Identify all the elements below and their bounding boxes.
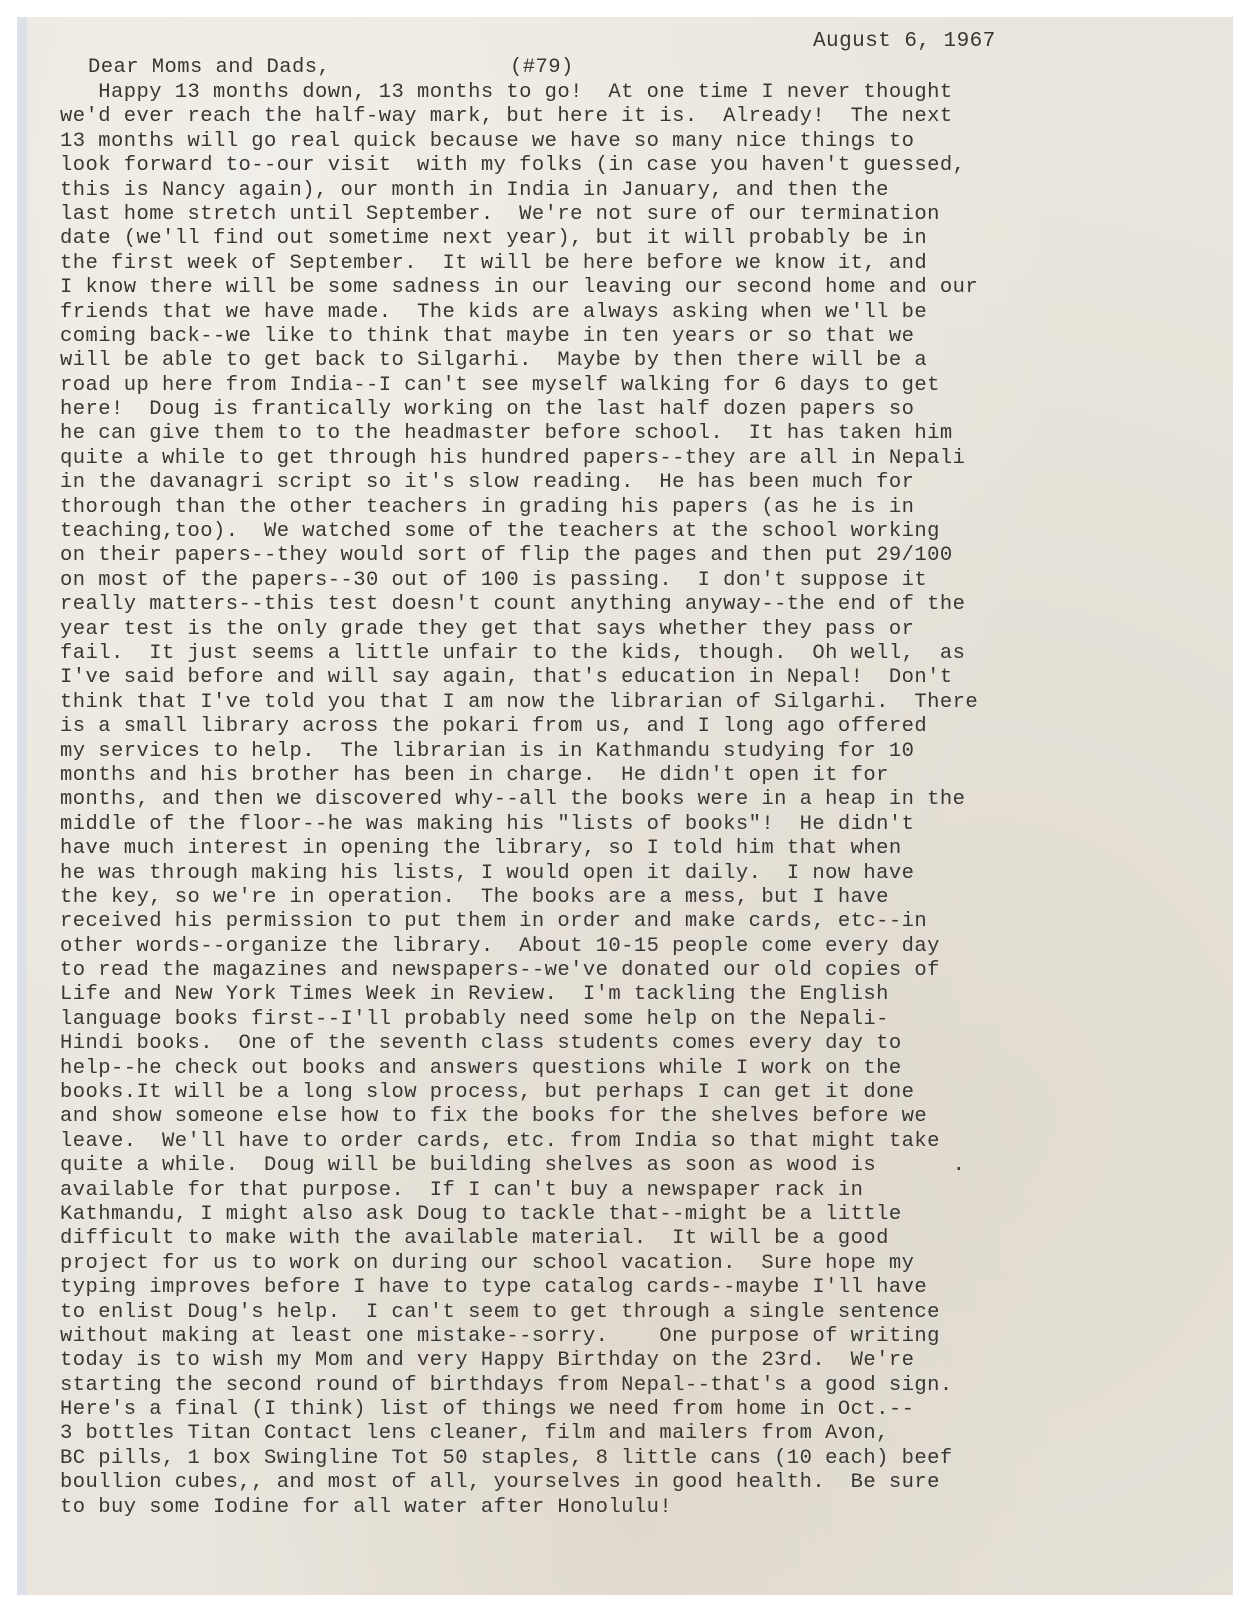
letter-line: project for us to work on during our sch… [60,1252,978,1276]
letter-line: on their papers--they would sort of flip… [60,544,978,568]
letter-line: thorough than the other teachers in grad… [60,496,978,520]
letter-date: August 6, 1967 [813,30,996,54]
letter-line: road up here from India--I can't see mys… [60,374,978,398]
letter-line: in the davanagri script so it's slow rea… [60,471,978,495]
letter-line: difficult to make with the available mat… [60,1227,978,1251]
letter-line: received his permission to put them in o… [60,910,978,934]
letter-line: really matters--this test doesn't count … [60,593,978,617]
letter-line: here! Doug is frantically working on the… [60,398,978,422]
letter-line: 3 bottles Titan Contact lens cleaner, fi… [60,1422,978,1446]
letter-line: today is to wish my Mom and very Happy B… [60,1349,978,1373]
letter-line: months, and then we discovered why--all … [60,788,978,812]
letter-line: leave. We'll have to order cards, etc. f… [60,1130,978,1154]
letter-line: fail. It just seems a little unfair to t… [60,642,978,666]
letter-line: will be able to get back to Silgarhi. Ma… [60,349,978,373]
letter-line: months and his brother has been in charg… [60,764,978,788]
letter-line: help--he check out books and answers que… [60,1057,978,1081]
letter-line: on most of the papers--30 out of 100 is … [60,569,978,593]
letter-line: think that I've told you that I am now t… [60,691,978,715]
letter-line: to read the magazines and newspapers--we… [60,959,978,983]
letter-line: this is Nancy again), our month in India… [60,179,978,203]
letter-line: language books first--I'll probably need… [60,1008,978,1032]
letter-number: (#79) [510,56,574,80]
letter-line: quite a while. Doug will be building she… [60,1154,978,1178]
letter-line: typing improves before I have to type ca… [60,1276,978,1300]
salutation: Dear Moms and Dads, [88,56,330,80]
letter-line: last home stretch until September. We're… [60,203,978,227]
letter-line: my services to help. The librarian is in… [60,740,978,764]
letter-line: available for that purpose. If I can't b… [60,1179,978,1203]
letter-line: 13 months will go real quick because we … [60,130,978,154]
letter-line: have much interest in opening the librar… [60,837,978,861]
letter-line: look forward to--our visit with my folks… [60,154,978,178]
letter-line: the first week of September. It will be … [60,252,978,276]
letter-line: coming back--we like to think that maybe… [60,325,978,349]
letter-line: to enlist Doug's help. I can't seem to g… [60,1301,978,1325]
letter-line: he can give them to to the headmaster be… [60,422,978,446]
letter-line: quite a while to get through his hundred… [60,447,978,471]
letter-line: books.It will be a long slow process, bu… [60,1081,978,1105]
letter-line: starting the second round of birthdays f… [60,1374,978,1398]
letter-line: year test is the only grade they get tha… [60,618,978,642]
letter-line: Happy 13 months down, 13 months to go! A… [60,81,978,105]
letter-line: Hindi books. One of the seventh class st… [60,1032,978,1056]
letter-line: boullion cubes,, and most of all, yourse… [60,1471,978,1495]
letter-body: Happy 13 months down, 13 months to go! A… [60,81,978,1520]
letter-line: teaching,too). We watched some of the te… [60,520,978,544]
letter-line: we'd ever reach the half-way mark, but h… [60,105,978,129]
letter-line: Kathmandu, I might also ask Doug to tack… [60,1203,978,1227]
letter-line: is a small library across the pokari fro… [60,715,978,739]
letter-line: he was through making his lists, I would… [60,862,978,886]
letter-line: the key, so we're in operation. The book… [60,886,978,910]
letter-line: to buy some Iodine for all water after H… [60,1496,978,1520]
letter-line: date (we'll find out sometime next year)… [60,227,978,251]
letter-line: Here's a final (I think) list of things … [60,1398,978,1422]
letter-line: other words--organize the library. About… [60,935,978,959]
letter-line: I've said before and will say again, tha… [60,666,978,690]
letter-line: I know there will be some sadness in our… [60,276,978,300]
letter-line: without making at least one mistake--sor… [60,1325,978,1349]
letter-line: friends that we have made. The kids are … [60,301,978,325]
letter-line: and show someone else how to fix the boo… [60,1105,978,1129]
letter-line: middle of the floor--he was making his "… [60,813,978,837]
letter-line: Life and New York Times Week in Review. … [60,983,978,1007]
letter-line: BC pills, 1 box Swingline Tot 50 staples… [60,1447,978,1471]
